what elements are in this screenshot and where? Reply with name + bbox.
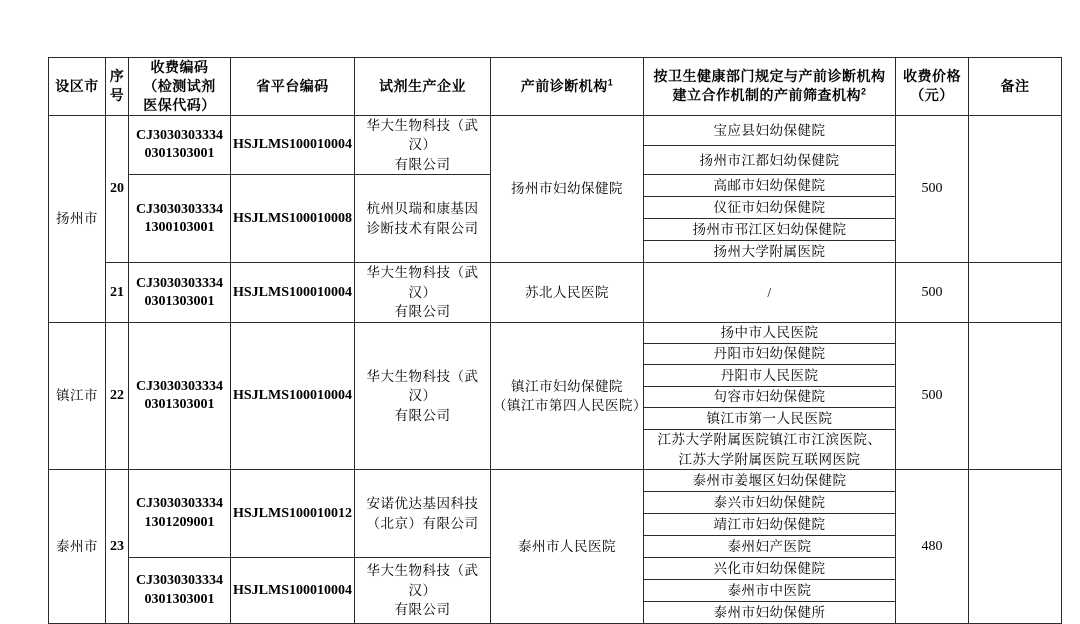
cell-screening-org: 江苏大学附属医院镇江市江滨医院、 江苏大学附属医院互联网医院 [644,430,896,470]
cell-platform-code: HSJLMS100010012 [231,470,355,558]
cell-diagnosis-org: 苏北人民医院 [491,263,644,323]
cell-screening-org: 宝应县妇幼保健院 [644,115,896,146]
header-remark: 备注 [969,58,1062,116]
cell-platform-code: HSJLMS100010004 [231,263,355,323]
cell-charge-code: CJ3030303334 0301303001 [129,115,231,175]
cell-price: 500 [896,323,969,470]
cell-charge-code: CJ3030303334 0301303001 [129,263,231,323]
cell-charge-code: CJ3030303334 0301303001 [129,558,231,624]
cell-screening-org: 仪征市妇幼保健院 [644,197,896,219]
cell-screening-org: 高邮市妇幼保健院 [644,175,896,197]
cell-screening-org: 扬州市邗江区妇幼保健院 [644,219,896,241]
table-row: 镇江市 22 CJ3030303334 0301303001 HSJLMS100… [49,323,1062,344]
cell-serial: 23 [106,470,129,624]
cell-remark [969,323,1062,470]
cell-platform-code: HSJLMS100010004 [231,558,355,624]
cell-manufacturer: 安诺优达基因科技 （北京）有限公司 [355,470,491,558]
cell-screening-org: 靖江市妇幼保健院 [644,514,896,536]
footnote-ref-1: 1 [608,77,614,87]
cell-serial: 20 [106,115,129,263]
document-page: { "table": { "header": { "city": "设区市", … [0,0,1080,624]
header-charge-code: 收费编码 （检测试剂 医保代码） [129,58,231,116]
cell-remark [969,470,1062,624]
cell-screening-org: 泰兴市妇幼保健院 [644,492,896,514]
header-screening-org: 按卫生健康部门规定与产前诊断机构 建立合作机制的产前筛查机构2 [644,58,896,116]
cell-screening-org: 句容市妇幼保健院 [644,387,896,408]
cell-screening-org: 镇江市第一人民医院 [644,408,896,430]
cell-screening-org: 扬州大学附属医院 [644,241,896,263]
cell-manufacturer: 华大生物科技（武汉） 有限公司 [355,558,491,624]
cell-charge-code: CJ3030303334 1300103001 [129,175,231,263]
table-row: 21 CJ3030303334 0301303001 HSJLMS1000100… [49,263,1062,323]
cell-screening-org: 扬州市江都妇幼保健院 [644,146,896,175]
cell-screening-org: / [644,263,896,323]
header-city: 设区市 [49,58,106,116]
cell-remark [969,263,1062,323]
cell-city: 扬州市 [49,115,106,322]
cell-platform-code: HSJLMS100010004 [231,115,355,175]
header-diagnosis-org: 产前诊断机构1 [491,58,644,116]
cell-screening-org: 泰州市妇幼保健所 [644,602,896,624]
cell-manufacturer: 华大生物科技（武汉） 有限公司 [355,323,491,470]
cell-screening-org: 泰州市姜堰区妇幼保健院 [644,470,896,492]
cell-remark [969,115,1062,263]
cell-serial: 21 [106,263,129,323]
table-row: 泰州市 23 CJ3030303334 1301209001 HSJLMS100… [49,470,1062,492]
table-row: 扬州市 20 CJ3030303334 0301303001 HSJLMS100… [49,115,1062,146]
cell-manufacturer: 华大生物科技（武汉） 有限公司 [355,263,491,323]
cell-charge-code: CJ3030303334 1301209001 [129,470,231,558]
cell-screening-org: 泰州妇产医院 [644,536,896,558]
cell-diagnosis-org: 镇江市妇幼保健院 （镇江市第四人民医院） [491,323,644,470]
cell-price: 480 [896,470,969,624]
cell-manufacturer: 杭州贝瑞和康基因 诊断技术有限公司 [355,175,491,263]
cell-price: 500 [896,263,969,323]
header-platform-code: 省平台编码 [231,58,355,116]
header-manufacturer: 试剂生产企业 [355,58,491,116]
cell-charge-code: CJ3030303334 0301303001 [129,323,231,470]
header-serial: 序 号 [106,58,129,116]
cell-diagnosis-org: 泰州市人民医院 [491,470,644,624]
document-table: 设区市 序 号 收费编码 （检测试剂 医保代码） 省平台编码 试剂生产企业 产前… [48,57,1062,624]
cell-screening-org: 兴化市妇幼保健院 [644,558,896,580]
cell-screening-org: 扬中市人民医院 [644,323,896,344]
header-row: 设区市 序 号 收费编码 （检测试剂 医保代码） 省平台编码 试剂生产企业 产前… [49,58,1062,116]
cell-price: 500 [896,115,969,263]
cell-screening-org: 泰州市中医院 [644,580,896,602]
cell-city: 泰州市 [49,470,106,624]
header-screening-label: 按卫生健康部门规定与产前诊断机构 建立合作机制的产前筛查机构 [654,68,886,103]
cell-manufacturer: 华大生物科技（武汉） 有限公司 [355,115,491,175]
cell-platform-code: HSJLMS100010004 [231,323,355,470]
cell-screening-org: 丹阳市人民医院 [644,365,896,387]
cell-platform-code: HSJLMS100010008 [231,175,355,263]
cell-city: 镇江市 [49,323,106,470]
cell-diagnosis-org: 扬州市妇幼保健院 [491,115,644,263]
footnote-ref-2: 2 [861,87,867,97]
cell-screening-org: 丹阳市妇幼保健院 [644,344,896,365]
header-price: 收费价格 （元） [896,58,969,116]
cell-serial: 22 [106,323,129,470]
header-diagnosis-label: 产前诊断机构 [521,78,608,94]
